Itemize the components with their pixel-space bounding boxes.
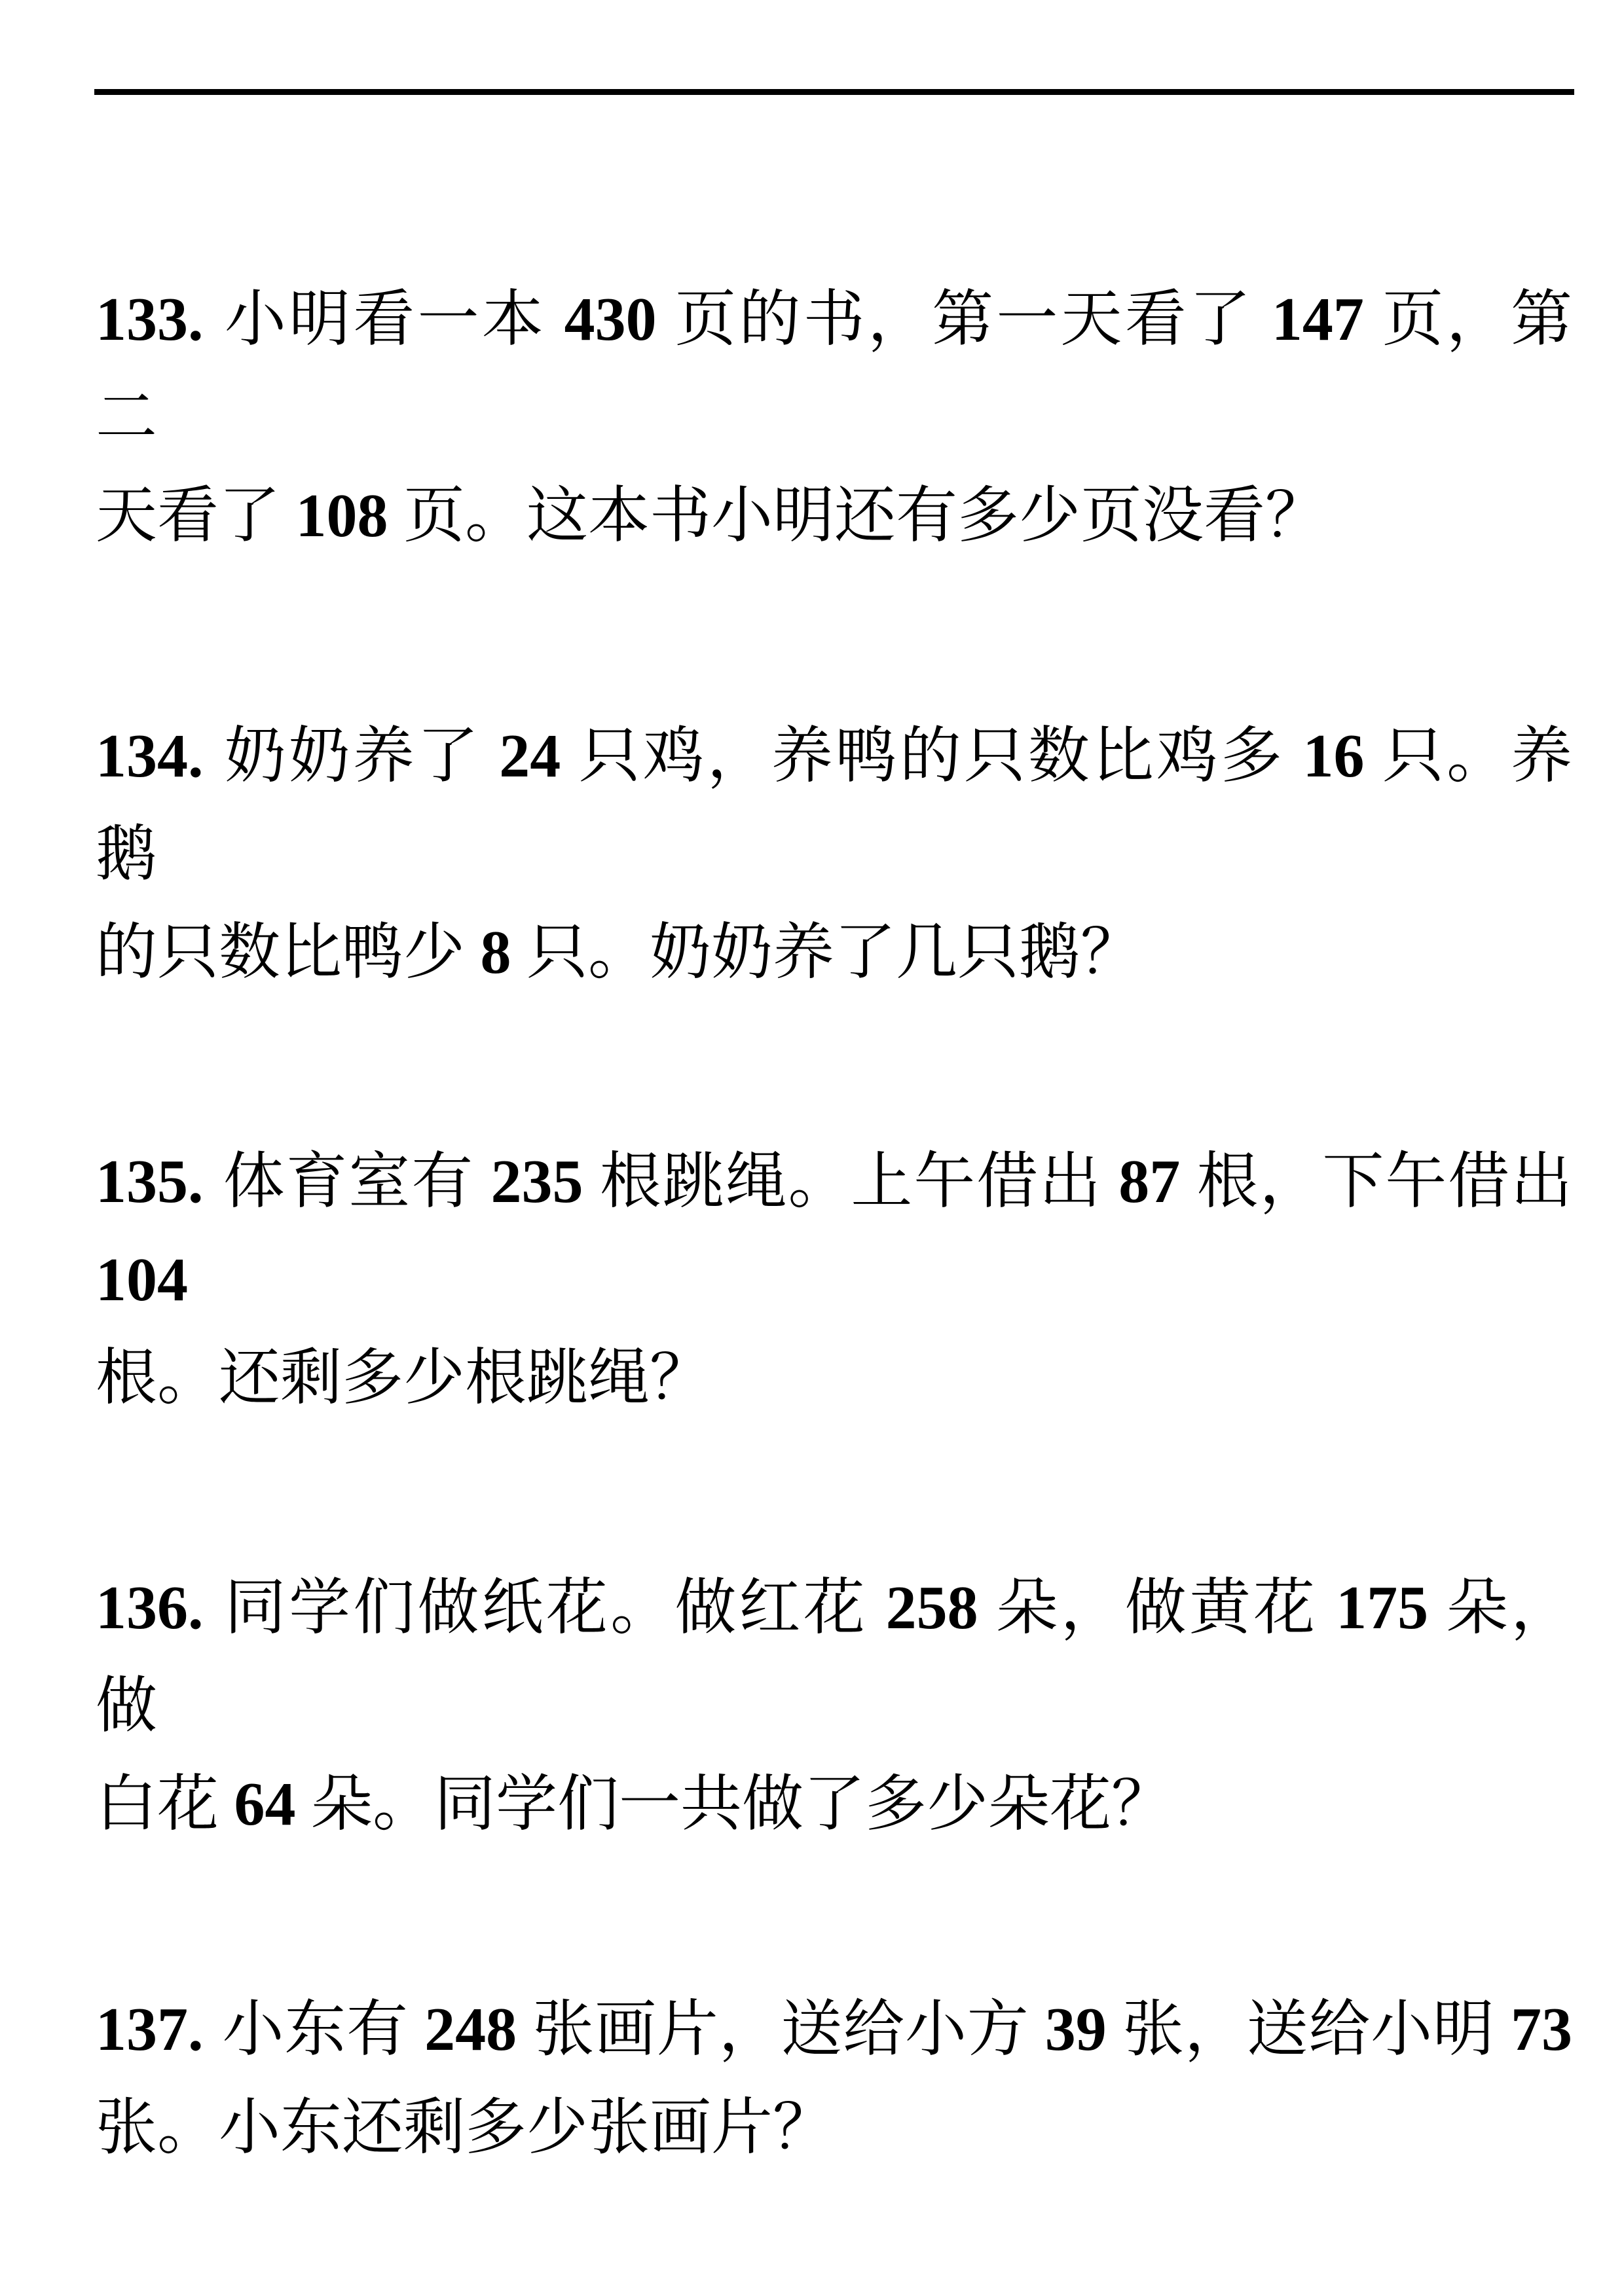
text-segment: 体育室有 [222, 1148, 491, 1216]
number-value: 104 [96, 1246, 188, 1314]
text-segment: 根。还剩多少根跳绳？ [96, 1344, 711, 1412]
problem-item: 137.小东有 248 张画片，送给小方 39 张，送给小明 73张。小东还剩多… [96, 1980, 1572, 2177]
number-value: 235 [490, 1148, 583, 1216]
number-value: 64 [234, 1770, 296, 1838]
text-segment: 只。奶奶养了几只鹅？ [511, 919, 1143, 987]
text-segment: 白花 [96, 1770, 234, 1838]
number-value: 16 [1302, 722, 1364, 790]
problem-number: 134. [96, 722, 204, 790]
number-value: 147 [1272, 285, 1364, 354]
problem-line: 根。还剩多少根跳绳？ [96, 1329, 1572, 1427]
number-value: 8 [481, 919, 511, 987]
text-segment: 奶奶养了 [222, 722, 500, 790]
text-segment: 朵，做黄花 [978, 1574, 1336, 1642]
problem-item: 134.奶奶养了 24 只鸡，养鸭的只数比鸡多 16 只。养鹅的只数比鸭少 8 … [96, 707, 1572, 1002]
problem-line: 白花 64 朵。同学们一共做了多少朵花？ [96, 1755, 1572, 1853]
number-value: 248 [424, 1995, 517, 2064]
text-segment: 小东有 [222, 1995, 424, 2064]
text-segment: 根跳绳。上午借出 [583, 1148, 1118, 1216]
problem-item: 133.小明看一本 430 页的书，第一天看了 147 页，第二天看了 108 … [96, 270, 1572, 565]
number-value: 87 [1118, 1148, 1180, 1216]
number-value: 175 [1336, 1574, 1428, 1642]
problem-line: 张。小东还剩多少张画片？ [96, 2079, 1572, 2177]
problem-line: 天看了 108 页。这本书小明还有多少页没看？ [96, 467, 1572, 565]
text-segment: 同学们做纸花。做红花 [222, 1574, 886, 1642]
text-segment: 朵。同学们一共做了多少朵花？ [296, 1770, 1173, 1838]
number-value: 39 [1045, 1995, 1107, 2064]
number-value: 73 [1511, 1995, 1572, 2064]
problem-number: 137. [96, 1995, 204, 2064]
number-value: 108 [296, 482, 388, 550]
worksheet-page: 133.小明看一本 430 页的书，第一天看了 147 页，第二天看了 108 … [0, 0, 1624, 2296]
text-segment: 张，送给小明 [1107, 1995, 1511, 2064]
top-rule [94, 89, 1574, 95]
problem-line: 137.小东有 248 张画片，送给小方 39 张，送给小明 73 [96, 1980, 1572, 2079]
number-value: 24 [499, 722, 561, 790]
problem-line: 136.同学们做纸花。做红花 258 朵，做黄花 175 朵，做 [96, 1559, 1572, 1755]
problem-number: 133. [96, 285, 204, 354]
problem-number: 135. [96, 1148, 204, 1216]
problem-line: 134.奶奶养了 24 只鸡，养鸭的只数比鸡多 16 只。养鹅 [96, 707, 1572, 903]
text-segment: 天看了 [96, 482, 296, 550]
number-value: 430 [564, 285, 657, 354]
text-segment: 小明看一本 [222, 285, 564, 354]
number-value: 258 [886, 1574, 978, 1642]
text-segment: 只鸡，养鸭的只数比鸡多 [561, 722, 1302, 790]
text-segment: 根，下午借出 [1180, 1148, 1572, 1216]
problem-number: 136. [96, 1574, 204, 1642]
text-segment: 的只数比鸭少 [96, 919, 481, 987]
text-segment: 张画片，送给小方 [517, 1995, 1045, 2064]
problem-line: 133.小明看一本 430 页的书，第一天看了 147 页，第二 [96, 270, 1572, 467]
text-segment: 页。这本书小明还有多少页没看？ [388, 482, 1327, 550]
text-segment: 张。小东还剩多少张画片？ [96, 2094, 834, 2162]
problem-line: 135.体育室有 235 根跳绳。上午借出 87 根，下午借出 104 [96, 1133, 1572, 1329]
problem-line: 的只数比鸭少 8 只。奶奶养了几只鹅？ [96, 903, 1572, 1002]
problem-item: 136.同学们做纸花。做红花 258 朵，做黄花 175 朵，做白花 64 朵。… [96, 1559, 1572, 1853]
text-segment: 页的书，第一天看了 [657, 285, 1272, 354]
problem-item: 135.体育室有 235 根跳绳。上午借出 87 根，下午借出 104根。还剩多… [96, 1133, 1572, 1427]
